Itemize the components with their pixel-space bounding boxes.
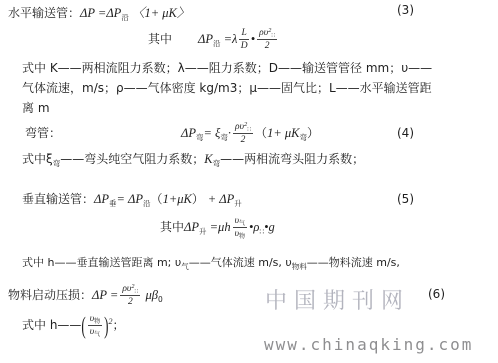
math-run: ΔP	[184, 220, 199, 234]
math-run: ·	[228, 126, 231, 140]
fraction: ρυ2∷2	[233, 122, 253, 145]
text-run: 其中	[160, 220, 184, 234]
fraction-numerator: ρυ2∷	[233, 122, 253, 134]
fraction-denominator: 2	[257, 40, 277, 51]
math-run: = ΔP	[117, 192, 144, 206]
subscript: 升	[199, 227, 207, 236]
math-run: ΔP	[94, 192, 109, 206]
eq4-symbols-note: 式中ξ弯——弯头纯空气阻力系数；K弯——两相流弯头阻力系数；	[22, 149, 364, 169]
math-run: 1+ μK	[267, 126, 299, 140]
eq4-bend-pipe-formula: 弯管：ΔP弯= ξ弯·ρυ2∷2（1+ μK弯）	[25, 119, 319, 147]
subscript: ∷	[271, 32, 275, 39]
spacer	[61, 136, 181, 137]
text-run: 式中 K——两相流阻力系数；λ——阻力系数；D——输送管管径 mm；υ——	[22, 61, 432, 75]
eq3-symbols-note-line3: 离 m	[22, 98, 50, 118]
subscript: 气	[181, 262, 189, 271]
subscript: ∷	[135, 288, 139, 295]
text-run: 水平输送管：	[8, 6, 80, 20]
math-run: L	[241, 28, 246, 38]
subscript: 沿	[121, 13, 129, 22]
text-run: 气体流速，m/s；ρ——气体密度 kg/m3；μ——固气比；L——水平输送管距	[22, 81, 432, 95]
fraction: υ物υ气	[88, 314, 102, 337]
math-run: μβ	[142, 288, 158, 302]
math-run: ρυ	[235, 122, 244, 132]
text-run: 式中ξ	[22, 152, 53, 166]
text-run: ——物料流速 m/s,	[307, 256, 400, 269]
spacer	[172, 42, 198, 43]
text-run: ——两相流弯头阻力系数；	[220, 152, 364, 166]
eq3-detail-formula: 其中ΔP沿 =λLD•ρυ2∷2	[148, 25, 279, 53]
eq5-detail-formula: 其中ΔP升 =μhυ气υ物•ρ∷•g	[160, 213, 275, 241]
text-run: 物料启动压损：	[8, 288, 92, 302]
eq6-startup-pressure-loss-formula: 物料启动压损：ΔP =ρυ2∷2 μβ0	[8, 281, 163, 309]
eq3-number: (3)	[397, 3, 414, 17]
fraction-numerator: ρυ2∷	[120, 284, 140, 296]
math-run: 〈1+ μK〉	[129, 6, 190, 20]
fraction-numerator: L	[239, 28, 248, 40]
math-run: ΔP	[181, 126, 196, 140]
eq6-symbols-note: 式中 h——(υ物υ气)2；	[22, 310, 125, 340]
math-run: •g	[264, 220, 275, 234]
subscript: 沿	[143, 199, 151, 208]
subscript: 升	[234, 199, 242, 208]
watermark-text: 中国期刊网	[265, 290, 410, 312]
text-run: （	[151, 192, 163, 206]
eq3-horizontal-pipe-formula: 水平输送管：ΔP =ΔP沿 〈1+ μK〉	[8, 3, 189, 23]
fraction-numerator: υ物	[88, 314, 102, 326]
math-run: ΔP	[198, 32, 213, 46]
subscript: ∷	[247, 126, 251, 133]
math-run: D	[241, 41, 248, 51]
subscript: 弯	[196, 133, 204, 142]
subscript: 物	[94, 318, 100, 325]
eq5-number: (5)	[397, 192, 414, 206]
text-run: ；	[113, 318, 125, 332]
subscript: 0	[158, 295, 163, 304]
subscript: 垂	[109, 199, 117, 208]
math-run: ΔP =	[80, 6, 106, 20]
math-run: 1+μK	[163, 192, 192, 206]
subscript: 沿	[213, 39, 221, 48]
math-run: ΔP	[106, 6, 121, 20]
fraction: ρυ2∷2	[120, 284, 140, 307]
subscript: 弯	[299, 133, 307, 142]
math-run: =μh	[207, 220, 231, 234]
text-run: 垂直输送管：	[22, 192, 94, 206]
fraction-denominator: D	[239, 40, 248, 51]
math-run: = ξ	[204, 126, 221, 140]
subscript: 物料	[292, 262, 307, 271]
fraction: LD	[239, 28, 248, 51]
fraction: ρυ2∷2	[257, 28, 277, 51]
subscript: 弯	[213, 159, 221, 168]
text-run: ——弯头纯空气阻力系数；	[60, 152, 204, 166]
math-run: 2	[265, 41, 270, 51]
subscript: 弯	[220, 133, 228, 142]
math-run: •	[251, 32, 255, 46]
subscript: 气	[239, 220, 245, 227]
eq5-vertical-pipe-formula: 垂直输送管：ΔP垂= ΔP沿（1+μK） + ΔP升	[22, 189, 242, 209]
fraction: υ气υ物	[233, 216, 247, 239]
document-page: 水平输送管：ΔP =ΔP沿 〈1+ μK〉 (3) 其中ΔP沿 =λLD•ρυ2…	[0, 0, 498, 363]
math-run: ρυ	[259, 28, 268, 38]
text-run: ）	[192, 192, 208, 206]
watermark-url: www.chinaqking.com	[264, 337, 473, 353]
math-run: + ΔP	[208, 192, 235, 206]
fraction-denominator: 2	[120, 296, 140, 307]
subscript: 气	[94, 331, 100, 338]
eq4-number: (4)	[397, 126, 414, 140]
eq3-symbols-note-line2: 气体流速，m/s；ρ——气体密度 kg/m3；μ——固气比；L——水平输送管距	[22, 78, 432, 98]
text-run: （	[255, 126, 267, 140]
text-run: 离 m	[22, 101, 50, 115]
text-run: ）	[307, 126, 319, 140]
math-run: K	[204, 152, 212, 166]
eq5-symbols-note: 式中 h——垂直输送管距离 m; υ气——气体流速 m/s, υ物料——物料流速…	[22, 253, 400, 273]
math-run: ρυ	[122, 284, 131, 294]
text-run: 其中	[148, 32, 172, 46]
fraction-denominator: υ物	[233, 228, 247, 239]
math-run: •ρ	[249, 220, 259, 234]
subscript: 物	[239, 233, 245, 240]
math-run: 2	[241, 135, 246, 145]
eq3-symbols-note-line1: 式中 K——两相流阻力系数；λ——阻力系数；D——输送管管径 mm；υ——	[22, 58, 432, 78]
math-run: ΔP =	[92, 288, 118, 302]
fraction-numerator: υ气	[233, 216, 247, 228]
math-run: =λ	[221, 32, 238, 46]
text-run: 弯管：	[25, 126, 61, 140]
fraction-denominator: υ气	[88, 326, 102, 337]
eq6-number: (6)	[428, 287, 445, 301]
text-run: ——气体流速 m/s, υ	[189, 256, 292, 269]
text-run: 式中 h——	[22, 318, 81, 332]
fraction-denominator: 2	[233, 134, 253, 145]
fraction-numerator: ρυ2∷	[257, 28, 277, 40]
text-run: 式中 h——垂直输送管距离 m; υ	[22, 256, 181, 269]
math-run: 2	[128, 297, 133, 307]
